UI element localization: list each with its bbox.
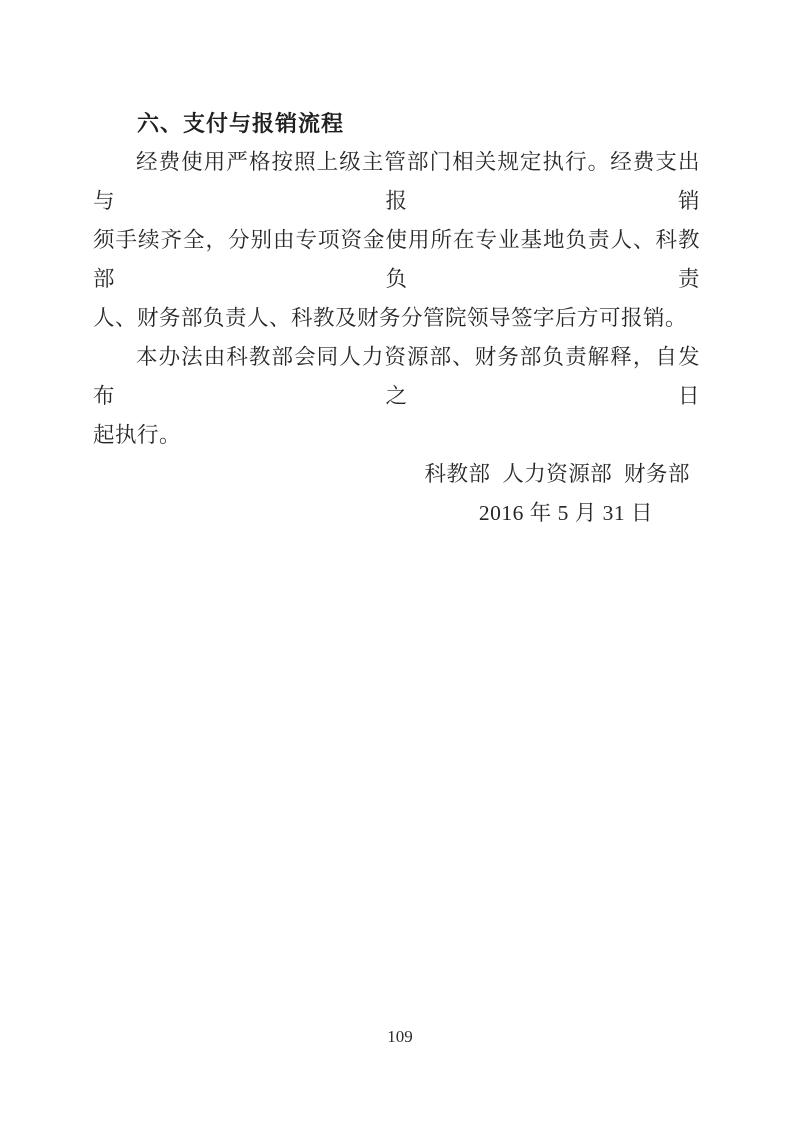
- paragraph-1-line-3: 人、财务部负责人、科教及财务分管院领导签字后方可报销。: [93, 299, 700, 338]
- document-page: 六、支付与报销流程 经费使用严格按照上级主管部门相关规定执行。经费支出与报销 须…: [0, 0, 800, 1129]
- paragraph-1-line-1: 经费使用严格按照上级主管部门相关规定执行。经费支出与报销: [93, 143, 700, 221]
- document-date: 2016 年 5 月 31 日: [93, 494, 700, 533]
- paragraph-2-line-1: 本办法由科教部会同人力资源部、财务部负责解释，自发布之日: [93, 338, 700, 416]
- page-number: 109: [0, 1026, 800, 1048]
- paragraph-2-line-2: 起执行。: [93, 416, 700, 455]
- paragraph-1-line-2: 须手续齐全，分别由专项资金使用所在专业基地负责人、科教部负责: [93, 221, 700, 299]
- document-body: 六、支付与报销流程 经费使用严格按照上级主管部门相关规定执行。经费支出与报销 须…: [93, 104, 700, 533]
- section-heading: 六、支付与报销流程: [93, 104, 700, 143]
- signature-departments: 科教部 人力资源部 财务部: [93, 455, 700, 494]
